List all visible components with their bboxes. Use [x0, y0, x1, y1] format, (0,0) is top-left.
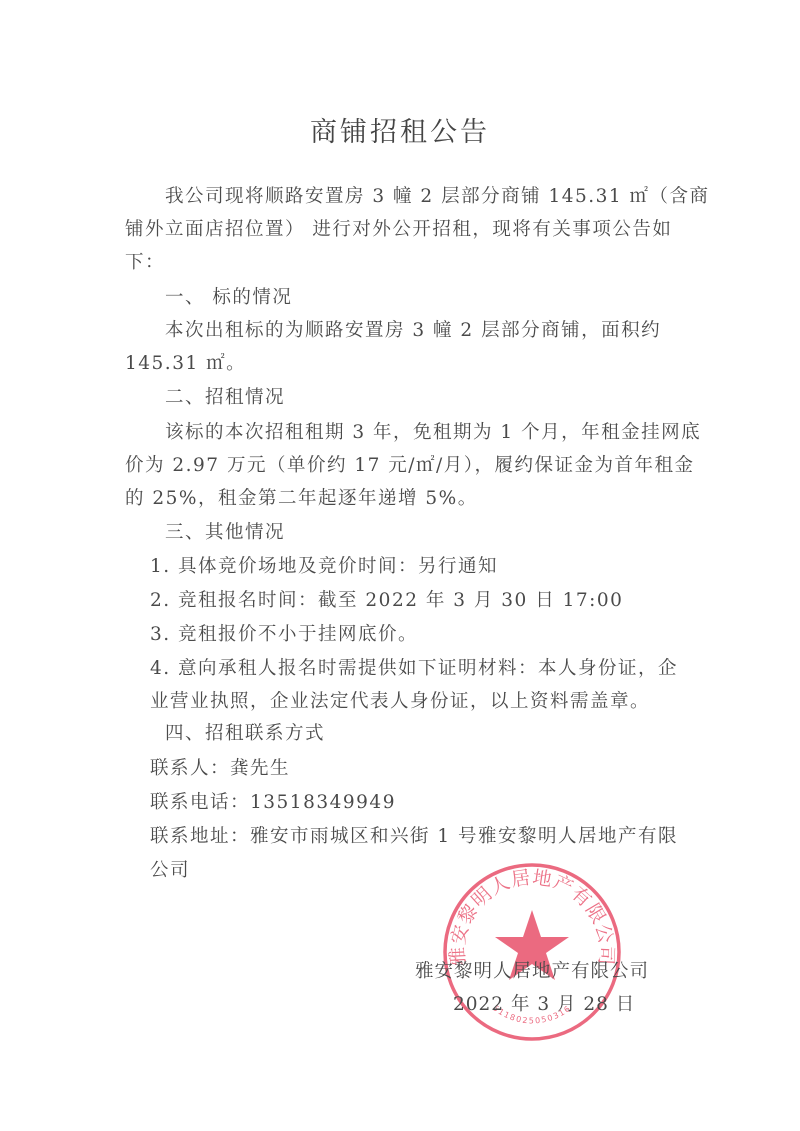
contact-address-line-1: 联系地址：雅安市雨城区和兴街 1 号雅安黎明人居地产有限	[150, 822, 678, 848]
section-2-line-3: 的 25%，租金第二年起逐年递增 5%。	[125, 484, 478, 510]
section-3-item-4: 4. 意向承租人报名时需提供如下证明材料：本人身份证，企	[150, 654, 678, 680]
section-3-item-4-cont: 业营业执照，企业法定代表人身份证，以上资料需盖章。	[150, 687, 650, 713]
page-title: 商铺招租公告	[0, 110, 800, 149]
section-1-line-1: 本次出租标的为顺路安置房 3 幢 2 层部分商铺，面积约	[165, 316, 661, 342]
intro-line-2: 铺外立面店招位置） 进行对外公开招租，现将有关事项公告如	[125, 215, 672, 241]
section-1-heading: 一、 标的情况	[165, 283, 292, 309]
section-3-item-3: 3. 竞租报价不小于挂网底价。	[150, 620, 418, 646]
intro-line-3: 下：	[125, 248, 165, 274]
section-2-line-1: 该标的本次招租租期 3 年，免租期为 1 个月，年租金挂网底	[165, 418, 701, 444]
signature-company: 雅安黎明人居地产有限公司	[415, 957, 649, 983]
section-3-item-2: 2. 竞租报名时间：截至 2022 年 3 月 30 日 17:00	[150, 586, 623, 612]
section-1-line-2: 145.31 ㎡。	[125, 349, 246, 375]
company-seal-icon: 雅安黎明人居地产有限公司 5118025050316	[440, 860, 624, 1044]
section-3-heading: 三、其他情况	[165, 518, 285, 544]
section-2-line-2: 价为 2.97 万元（单价约 17 元/㎡/月），履约保证金为首年租金	[125, 451, 694, 477]
contact-person: 联系人：龚先生	[150, 754, 290, 780]
contact-address-line-2: 公司	[150, 856, 190, 882]
signature-date: 2022 年 3 月 28 日	[453, 990, 635, 1016]
contact-phone: 联系电话：13518349949	[150, 788, 396, 814]
section-2-heading: 二、招租情况	[165, 383, 285, 409]
section-4-heading: 四、招租联系方式	[165, 719, 325, 745]
intro-line-1: 我公司现将顺路安置房 3 幢 2 层部分商铺 145.31 ㎡（含商	[165, 182, 710, 208]
section-3-item-1: 1. 具体竞价场地及竞价时间：另行通知	[150, 552, 498, 578]
